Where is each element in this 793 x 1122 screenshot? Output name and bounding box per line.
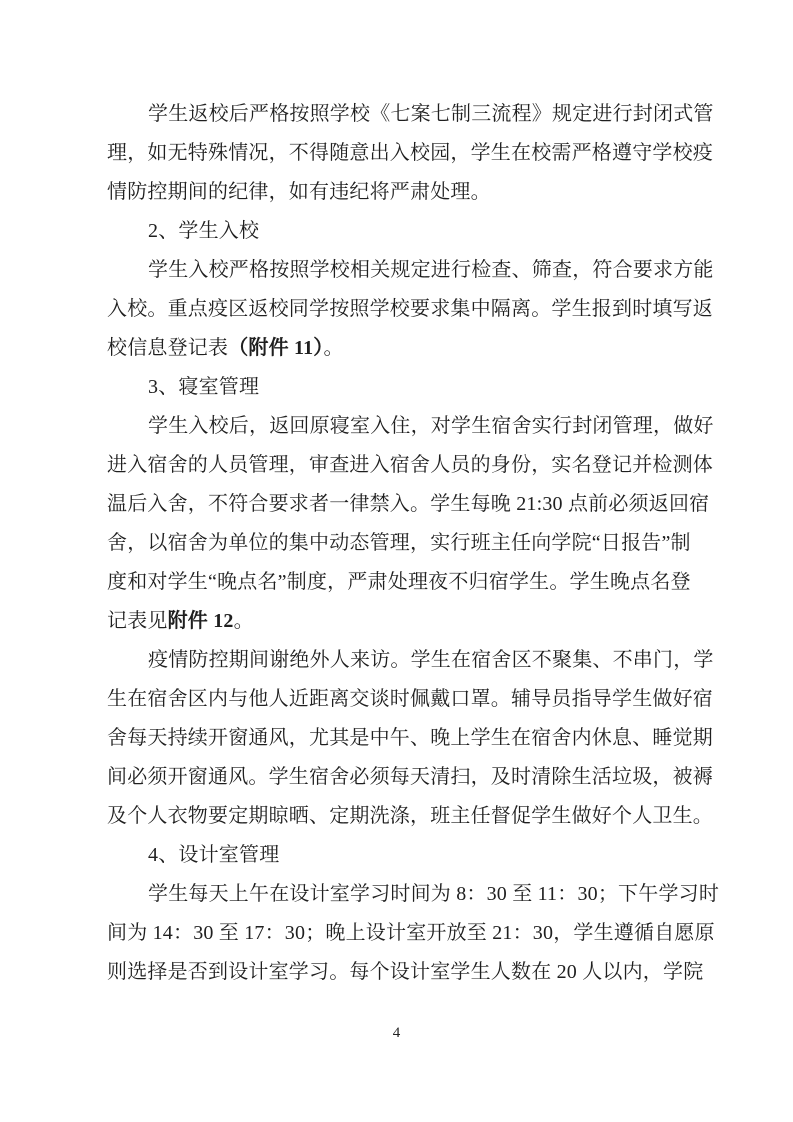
bold-text-run: 附件 12	[168, 610, 234, 632]
heading-4-design-studio-management: 4、设计室管理	[107, 836, 709, 875]
text-line: 记表见附件 12。	[107, 602, 709, 641]
heading-2-student-entry: 2、学生入校	[107, 212, 709, 251]
heading-3-dormitory-management: 3、寝室管理	[107, 368, 709, 407]
document-page: 学生返校后严格按照学校《七案七制三流程》规定进行封闭式管理，如无特殊情况，不得随…	[0, 0, 793, 1122]
paragraph-dormitory-rules: 学生入校后，返回原寝室入住，对学生宿舍实行封闭管理，做好进入宿舍的人员管理，审查…	[107, 407, 709, 641]
text-run: 记表见	[107, 610, 168, 632]
text-line: 2、学生入校	[107, 212, 709, 251]
text-line: 校信息登记表（附件 11）。	[107, 329, 709, 368]
text-line: 疫情防控期间谢绝外人来访。学生在宿舍区不聚集、不串门，学	[107, 641, 709, 680]
text-run: 生在宿舍区内与他人近距离交谈时佩戴口罩。辅导员指导学生做好宿	[107, 688, 713, 710]
text-run: 间为 14：30 至 17：30；晚上设计室开放至 21：30，学生遵循自愿原	[107, 922, 715, 944]
text-run: 度和对学生“晚点名”制度，严肃处理夜不归宿学生。学生晚点名登	[107, 571, 691, 593]
text-run: 学生每天上午在设计室学习时间为 8：30 至 11：30；下午学习时	[148, 883, 719, 905]
text-line: 理，如无特殊情况，不得随意出入校园，学生在校需严格遵守学校疫	[107, 134, 709, 173]
text-run: 舍，以宿舍为单位的集中动态管理，实行班主任向学院“日报告”制	[107, 532, 691, 554]
text-run: 理，如无特殊情况，不得随意出入校园，学生在校需严格遵守学校疫	[107, 142, 713, 164]
text-run: 则选择是否到设计室学习。每个设计室学生人数在 20 人以内，学院	[107, 961, 703, 983]
text-run: 。	[324, 337, 344, 359]
text-line: 舍每天持续开窗通风，尤其是中午、晚上学生在宿舍内休息、睡觉期	[107, 719, 709, 758]
text-line: 温后入舍，不符合要求者一律禁入。学生每晚 21:30 点前必须返回宿	[107, 485, 709, 524]
text-line: 学生入校严格按照学校相关规定进行检查、筛查，符合要求方能	[107, 251, 709, 290]
text-run: 进入宿舍的人员管理，审查进入宿舍人员的身份，实名登记并检测体	[107, 454, 713, 476]
text-line: 及个人衣物要定期晾晒、定期洗涤，班主任督促学生做好个人卫生。	[107, 797, 709, 836]
text-line: 入校。重点疫区返校同学按照学校要求集中隔离。学生报到时填写返	[107, 290, 709, 329]
text-line: 情防控期间的纪律，如有违纪将严肃处理。	[107, 173, 709, 212]
text-run: 4、设计室管理	[148, 844, 279, 866]
text-line: 间必须开窗通风。学生宿舍必须每天清扫，及时清除生活垃圾，被褥	[107, 758, 709, 797]
paragraph-student-entry: 学生入校严格按照学校相关规定进行检查、筛查，符合要求方能入校。重点疫区返校同学按…	[107, 251, 709, 368]
text-run: 校信息登记表	[107, 337, 228, 359]
text-line: 间为 14：30 至 17：30；晚上设计室开放至 21：30，学生遵循自愿原	[107, 914, 709, 953]
text-run: 3、寝室管理	[148, 376, 259, 398]
text-line: 进入宿舍的人员管理，审查进入宿舍人员的身份，实名登记并检测体	[107, 446, 709, 485]
text-run: 及个人衣物要定期晾晒、定期洗涤，班主任督促学生做好个人卫生。	[107, 805, 713, 827]
text-run: 间必须开窗通风。学生宿舍必须每天清扫，及时清除生活垃圾，被褥	[107, 766, 713, 788]
paragraph-return-to-school-management: 学生返校后严格按照学校《七案七制三流程》规定进行封闭式管理，如无特殊情况，不得随…	[107, 95, 709, 212]
text-line: 学生返校后严格按照学校《七案七制三流程》规定进行封闭式管	[107, 95, 709, 134]
text-line: 3、寝室管理	[107, 368, 709, 407]
paragraph-dormitory-epidemic-rules: 疫情防控期间谢绝外人来访。学生在宿舍区不聚集、不串门，学生在宿舍区内与他人近距离…	[107, 641, 709, 836]
text-run: 温后入舍，不符合要求者一律禁入。学生每晚 21:30 点前必须返回宿	[107, 493, 709, 515]
text-line: 则选择是否到设计室学习。每个设计室学生人数在 20 人以内，学院	[107, 953, 709, 992]
text-run: 学生入校严格按照学校相关规定进行检查、筛查，符合要求方能	[148, 259, 714, 281]
text-run: 疫情防控期间谢绝外人来访。学生在宿舍区不聚集、不串门，学	[148, 649, 714, 671]
text-run: 情防控期间的纪律，如有违纪将严肃处理。	[107, 181, 491, 203]
page-number: 4	[0, 1023, 793, 1043]
paragraph-design-studio-hours: 学生每天上午在设计室学习时间为 8：30 至 11：30；下午学习时间为 14：…	[107, 875, 709, 992]
text-run: 学生入校后，返回原寝室入住，对学生宿舍实行封闭管理，做好	[148, 415, 714, 437]
text-line: 学生入校后，返回原寝室入住，对学生宿舍实行封闭管理，做好	[107, 407, 709, 446]
text-run: 入校。重点疫区返校同学按照学校要求集中隔离。学生报到时填写返	[107, 298, 713, 320]
document-body: 学生返校后严格按照学校《七案七制三流程》规定进行封闭式管理，如无特殊情况，不得随…	[107, 95, 709, 992]
text-line: 度和对学生“晚点名”制度，严肃处理夜不归宿学生。学生晚点名登	[107, 563, 709, 602]
bold-text-run: （附件 11）	[228, 337, 323, 359]
text-line: 生在宿舍区内与他人近距离交谈时佩戴口罩。辅导员指导学生做好宿	[107, 680, 709, 719]
text-line: 4、设计室管理	[107, 836, 709, 875]
text-line: 舍，以宿舍为单位的集中动态管理，实行班主任向学院“日报告”制	[107, 524, 709, 563]
text-run: 学生返校后严格按照学校《七案七制三流程》规定进行封闭式管	[148, 103, 714, 125]
text-run: 。	[234, 610, 254, 632]
text-run: 舍每天持续开窗通风，尤其是中午、晚上学生在宿舍内休息、睡觉期	[107, 727, 713, 749]
text-line: 学生每天上午在设计室学习时间为 8：30 至 11：30；下午学习时	[107, 875, 709, 914]
text-run: 2、学生入校	[148, 220, 259, 242]
